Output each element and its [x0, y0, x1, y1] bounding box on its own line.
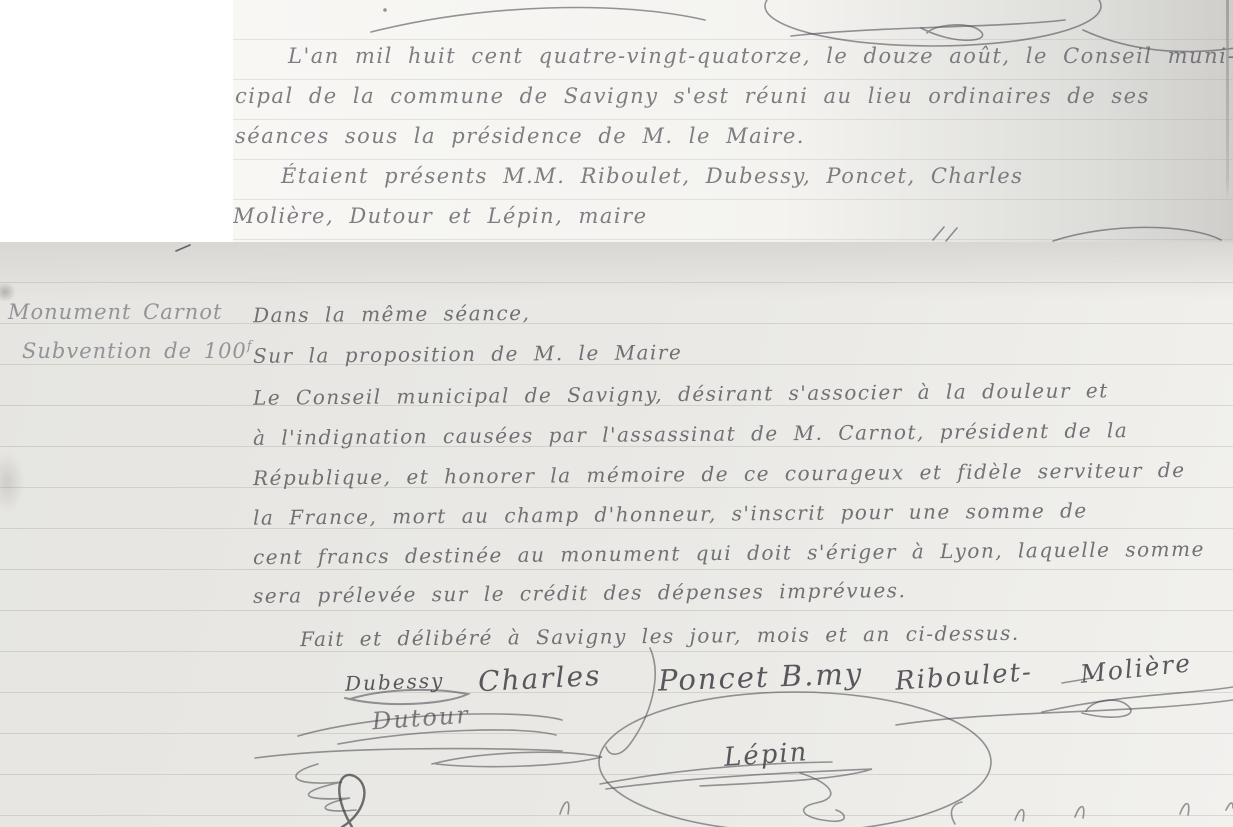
scanned-register-composite: L'an mil huit cent quatre-vingt-quatorze… [0, 0, 1233, 827]
manuscript-line: la France, mort au champ d'honneur, s'in… [253, 498, 1088, 529]
margin-note-title: Monument Carnot [8, 300, 222, 324]
ink-smudge [0, 452, 24, 512]
manuscript-line: L'an mil huit cent quatre-vingt-quatorze… [288, 44, 1233, 68]
signature-flourishes-bottom [0, 242, 1233, 827]
margin-note-amount: Subvention de 100f [22, 338, 252, 363]
manuscript-line: République, et honorer la mémoire de ce … [253, 458, 1186, 490]
manuscript-line: Le Conseil municipal de Savigny, désiran… [253, 378, 1109, 409]
register-page-bottom: Monument Carnot Subvention de 100f Dans … [0, 242, 1233, 827]
manuscript-closing-line: Fait et délibéré à Savigny les jour, moi… [300, 621, 1020, 651]
manuscript-line: sera prélevée sur le crédit des dépenses… [253, 578, 907, 608]
manuscript-line: Étaient présents M.M. Riboulet, Dubessy,… [281, 164, 1023, 188]
manuscript-line: Dans la même séance, [253, 301, 531, 327]
margin-note-amount-text: Subvention de 100 [22, 339, 247, 363]
manuscript-line: Sur la proposition de M. le Maire [253, 340, 682, 368]
manuscript-line: cent francs destinée au monument qui doi… [253, 537, 1205, 569]
ink-smudge [0, 282, 16, 302]
signature-riboulet: Riboulet- [894, 657, 1034, 697]
signature-lepin: Lépin [723, 737, 809, 773]
manuscript-line: cipal de la commune de Savigny s'est réu… [235, 84, 1150, 108]
signature-moliere: Molière [1079, 648, 1194, 689]
manuscript-line: Molière, Dutour et Lépin, maire [233, 204, 648, 228]
francs-superscript: f [247, 338, 253, 353]
signature-dutour: Dutour [371, 701, 470, 736]
manuscript-line: à l'indignation causées par l'assassinat… [253, 418, 1128, 450]
signature-charles: Charles [477, 659, 602, 698]
page-edge-shadow [1226, 0, 1229, 200]
signature-poncet: Poncet B.my [657, 656, 863, 697]
manuscript-line: séances sous la présidence de M. le Mair… [235, 124, 805, 148]
signature-dubessy: Dubessy [345, 668, 445, 695]
register-page-top: L'an mil huit cent quatre-vingt-quatorze… [233, 0, 1233, 242]
